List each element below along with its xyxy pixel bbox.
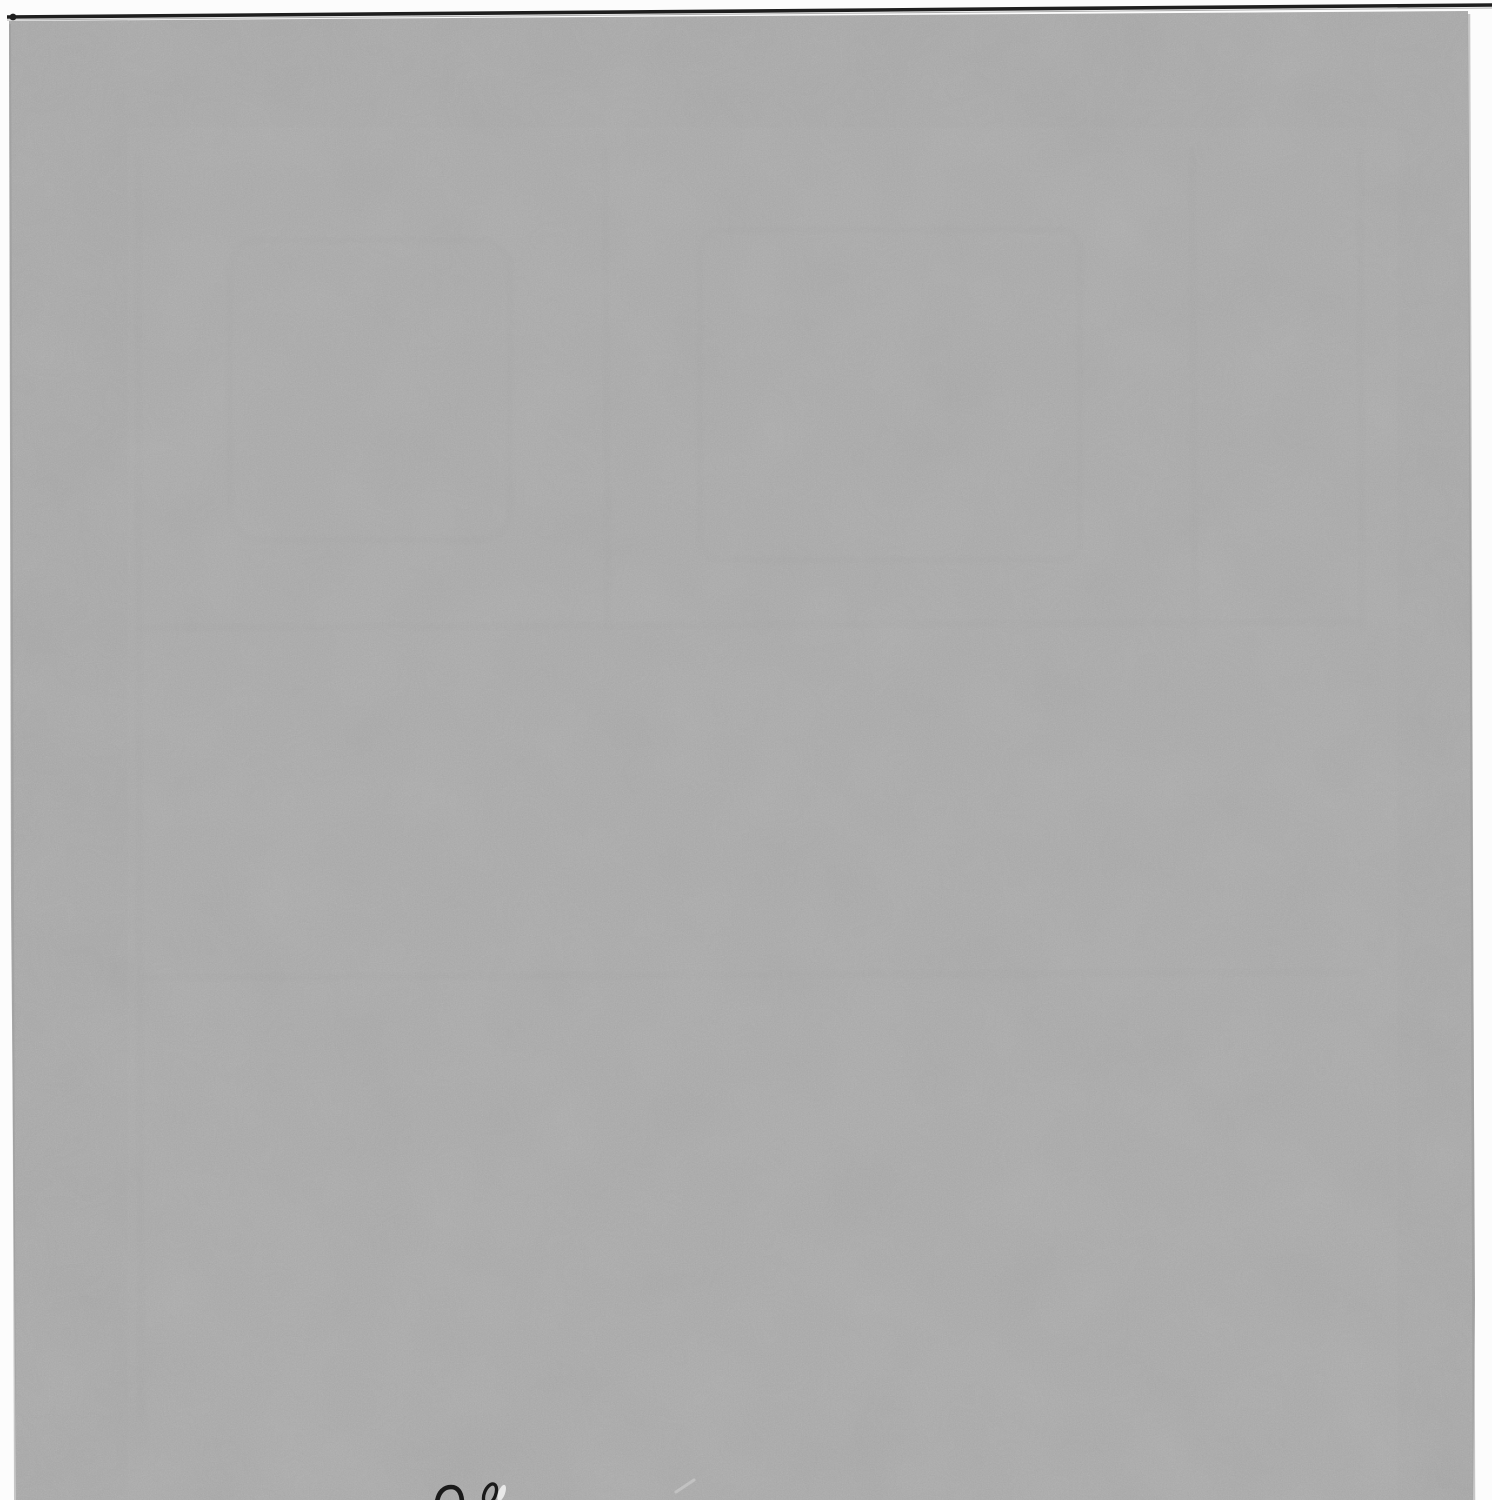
scanned-page [0, 0, 1492, 1500]
scan-canvas [0, 0, 1492, 1500]
scanned-document [0, 0, 1492, 1500]
paper-grain [0, 0, 1492, 1500]
